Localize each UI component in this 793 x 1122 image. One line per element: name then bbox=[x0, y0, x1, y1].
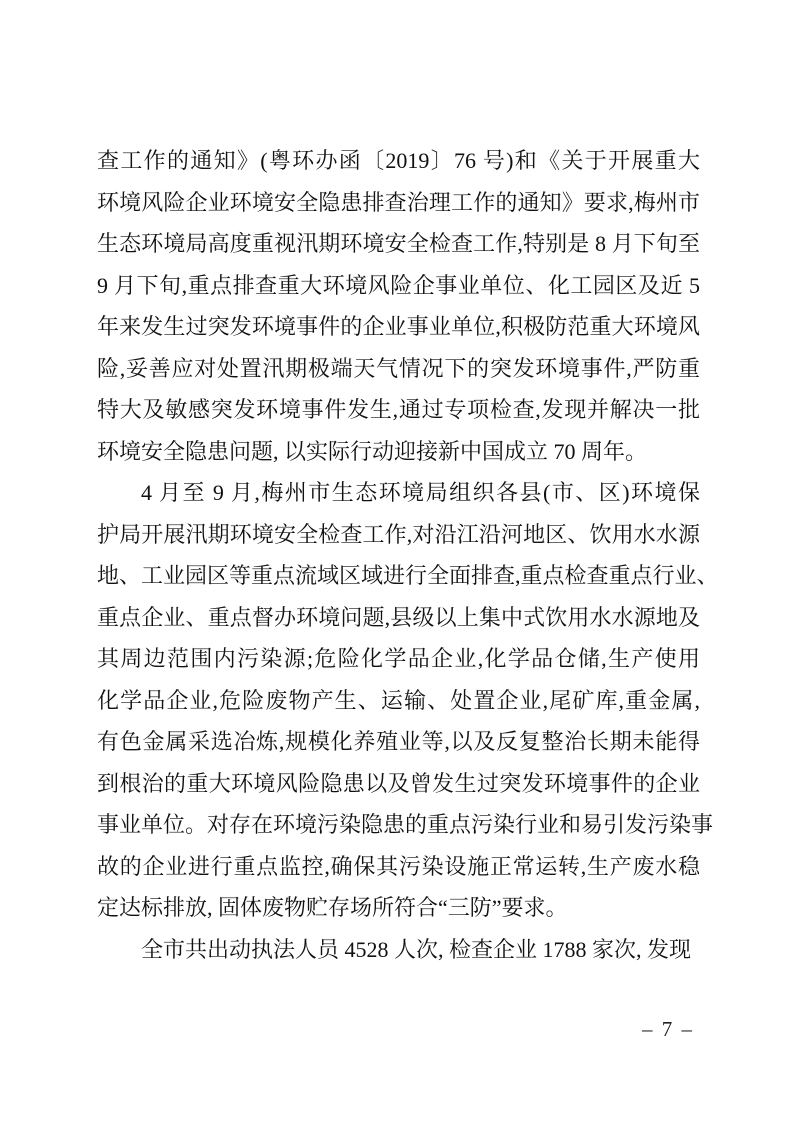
text-line: 生态环境局高度重视汛期环境安全检查工作,特别是 8 月下旬至 bbox=[97, 223, 700, 265]
text-line: 9 月下旬,重点排查重大环境风险企事业单位、化工园区及近 5 bbox=[97, 265, 700, 307]
text-line: 护局开展汛期环境安全检查工作,对沿江沿河地区、饮用水水源 bbox=[97, 514, 700, 556]
text-line: 地、工业园区等重点流域区域进行全面排查,重点检查重点行业、 bbox=[97, 555, 700, 597]
text-line: 全市共出动执法人员 4528 人次, 检查企业 1788 家次, 发现 bbox=[97, 929, 700, 971]
page-number: – 7 – bbox=[636, 1016, 700, 1042]
text-line: 化学品企业,危险废物产生、运输、处置企业,尾矿库,重金属, bbox=[97, 680, 700, 722]
paragraph: 查工作的通知》(粤环办函〔2019〕76 号)和《关于开展重大环境风险企业环境安… bbox=[97, 140, 700, 472]
text-line: 年来发生过突发环境事件的企业事业单位,积极防范重大环境风 bbox=[97, 306, 700, 348]
text-line: 特大及敏感突发环境事件发生,通过专项检查,发现并解决一批 bbox=[97, 389, 700, 431]
paragraph: 全市共出动执法人员 4528 人次, 检查企业 1788 家次, 发现 bbox=[97, 929, 700, 971]
text-line: 险,妥善应对处置汛期极端天气情况下的突发环境事件,严防重 bbox=[97, 348, 700, 390]
text-line: 有色金属采选冶炼,规模化养殖业等,以及反复整治长期未能得 bbox=[97, 721, 700, 763]
text-line: 查工作的通知》(粤环办函〔2019〕76 号)和《关于开展重大 bbox=[97, 140, 700, 182]
text-line: 其周边范围内污染源;危险化学品企业,化学品仓储,生产使用 bbox=[97, 638, 700, 680]
document-page: 查工作的通知》(粤环办函〔2019〕76 号)和《关于开展重大环境风险企业环境安… bbox=[0, 0, 793, 1122]
text-line: 定达标排放, 固体废物贮存场所符合“三防”要求。 bbox=[97, 887, 700, 929]
paragraph: 4 月至 9 月,梅州市生态环境局组织各县(市、区)环境保护局开展汛期环境安全检… bbox=[97, 472, 700, 929]
text-line: 4 月至 9 月,梅州市生态环境局组织各县(市、区)环境保 bbox=[97, 472, 700, 514]
text-line: 到根治的重大环境风险隐患以及曾发生过突发环境事件的企业 bbox=[97, 763, 700, 805]
text-line: 重点企业、重点督办环境问题,县级以上集中式饮用水水源地及 bbox=[97, 597, 700, 639]
text-line: 环境风险企业环境安全隐患排查治理工作的通知》要求,梅州市 bbox=[97, 182, 700, 224]
text-line: 环境安全隐患问题, 以实际行动迎接新中国成立 70 周年。 bbox=[97, 431, 700, 473]
document-body: 查工作的通知》(粤环办函〔2019〕76 号)和《关于开展重大环境风险企业环境安… bbox=[97, 140, 700, 970]
text-line: 故的企业进行重点监控,确保其污染设施正常运转,生产废水稳 bbox=[97, 846, 700, 888]
text-line: 事业单位。对存在环境污染隐患的重点污染行业和易引发污染事 bbox=[97, 804, 700, 846]
